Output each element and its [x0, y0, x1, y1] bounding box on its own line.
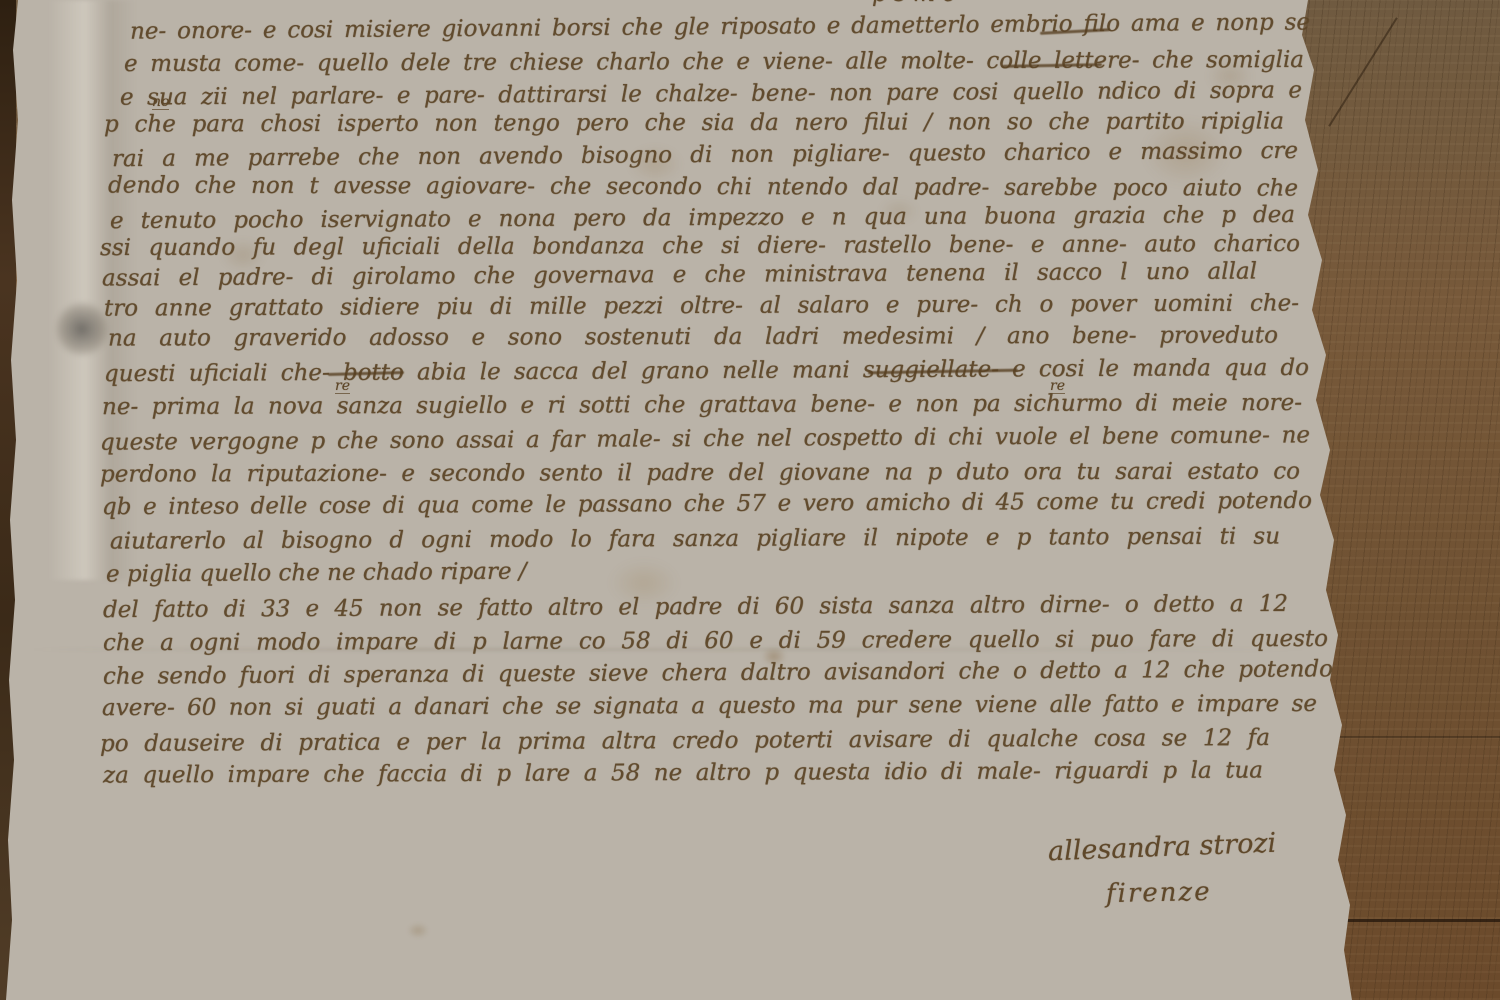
manuscript-line: dendo che non t avesse agiovare- che sec… [108, 170, 1298, 203]
manuscript-line: ne- prima la nova sanza sugiello e ri so… [102, 388, 1302, 422]
manuscript-line: qb e inteso delle cose di qua come le pa… [102, 486, 1312, 522]
manuscript-photo: p s m e ne- onore- e cosi misiere giovan… [0, 0, 1500, 1000]
manuscript-line: del fatto di 33 e 45 non se fatto altro … [103, 589, 1288, 625]
manuscript-line: avere- 60 non si guati a danari che se s… [102, 689, 1317, 723]
manuscript-line: na auto graverido adosso e sono sostenut… [108, 320, 1278, 353]
manuscript-line: e musta come- quello dele tre chiese cha… [124, 45, 1304, 79]
manuscript-line: p che para chosi isperto non tengo pero … [104, 106, 1284, 139]
manuscript-line: perdono la riputazione- e secondo sento … [100, 456, 1300, 489]
brown-stain [404, 920, 432, 941]
manuscript-line: che a ogni modo impare di p larne co 58 … [103, 624, 1328, 658]
manuscript-line: e piglia quello che ne chado ripare / [106, 556, 536, 589]
manuscript-line: aiutarerlo al bisogno d ogni modo lo far… [110, 521, 1280, 556]
manuscript-line: po dauseire di pratica e per la prima al… [100, 723, 1270, 759]
superscript-annotation: re [1050, 379, 1065, 394]
superscript-annotation: no [152, 95, 169, 110]
manuscript-line: questi uficiali che- botto abia le sacca… [104, 353, 1309, 389]
wood-scratch [1328, 17, 1398, 127]
signature-place: firenze [1106, 877, 1212, 909]
manuscript-line: tro anne grattato sidiere piu di mille p… [104, 288, 1299, 323]
manuscript-line: za quello impare che faccia di p lare a … [103, 755, 1263, 790]
superscript-annotation: re [335, 379, 350, 394]
